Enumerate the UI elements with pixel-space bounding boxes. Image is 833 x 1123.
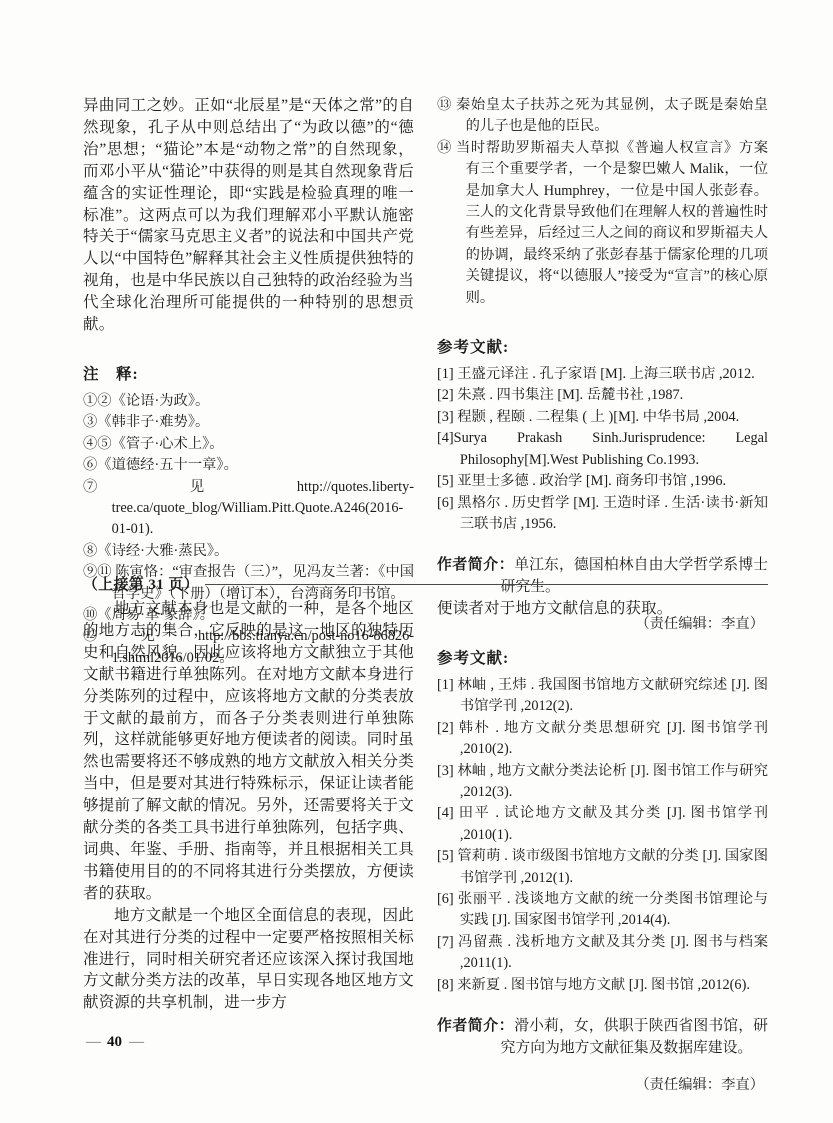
reference-item: [7] 冯留燕 . 浅析地方文献及其分类 [J]. 图书与档案 ,2011(1)… bbox=[437, 932, 768, 975]
editor-note: （责任编辑：李直） bbox=[437, 1074, 768, 1094]
continuation-label: （上接第 31 页） bbox=[83, 573, 199, 594]
note-item-url: ⑦ 见 http://quotes.liberty-tree.ca/quote_… bbox=[83, 477, 414, 541]
references-heading: 参考文献: bbox=[437, 335, 768, 357]
note-item: ⑬ 秦始皇太子扶苏之死为其显例，太子既是秦始皇的儿子也是他的臣民。 bbox=[437, 95, 768, 138]
note-item: ⑧《诗经·大雅·蒸民》。 bbox=[83, 541, 414, 562]
article-body-paragraph: 异曲同工之妙。正如“北辰星”是“天体之常”的自然现象，孔子从中则总结出了“为政以… bbox=[83, 95, 414, 336]
author-bio-label: 作者简介： bbox=[437, 1018, 514, 1034]
reference-item: [5] 亚里士多德 . 政治学 [M]. 商务印书馆 ,1996. bbox=[437, 471, 768, 492]
divider-rule bbox=[205, 584, 768, 585]
notes-heading: 注 释: bbox=[83, 362, 414, 384]
reference-item: [8] 来新夏 . 图书馆与地方文献 [J]. 图书馆 ,2012(6). bbox=[437, 975, 768, 996]
bottom-left-column: 地方文献本身也是文献的一种，是各个地区的地方志的集合，它反映的是这一地区的独特历… bbox=[83, 598, 414, 1014]
reference-item: [4]Surya Prakash Sinh.Jurisprudence: Leg… bbox=[437, 428, 768, 471]
article-paragraph: 地方文献是一个地区全面信息的表现，因此在对其进行分类的过程中一定要严格按照相关标… bbox=[83, 905, 414, 1015]
notes-list-right: ⑬ 秦始皇太子扶苏之死为其显例，太子既是秦始皇的儿子也是他的臣民。 ⑭ 当时帮助… bbox=[437, 95, 768, 309]
continuation-divider: （上接第 31 页） bbox=[83, 573, 768, 594]
page-number-dash-left: — bbox=[86, 1034, 100, 1051]
note-item: ④⑤《管子·心术上》。 bbox=[83, 434, 414, 455]
reference-item: [2] 韩朴 . 地方文献分类思想研究 [J]. 图书馆学刊 ,2010(2). bbox=[437, 718, 768, 761]
reference-item: [6] 张丽平 . 浅谈地方文献的统一分类图书馆理论与实践 [J]. 国家图书馆… bbox=[437, 889, 768, 932]
reference-item: [4] 田平 . 试论地方文献及其分类 [J]. 图书馆学刊 ,2010(1). bbox=[437, 803, 768, 846]
note-item: ⑭ 当时帮助罗斯福夫人草拟《普遍人权宣言》方案有三个重要学者，一个是黎巴嫩人 M… bbox=[437, 138, 768, 309]
article-paragraph: 地方文献本身也是文献的一种，是各个地区的地方志的集合，它反映的是这一地区的独特历… bbox=[83, 598, 414, 905]
page-number: — 40 — bbox=[86, 1034, 143, 1051]
journal-page: 异曲同工之妙。正如“北辰星”是“天体之常”的自然现象，孔子从中则总结出了“为政以… bbox=[0, 0, 833, 1123]
bottom-right-column: 便读者对于地方文献信息的获取。 参考文献: [1] 林岫 , 王炜 . 我国图书… bbox=[437, 598, 768, 1094]
reference-item: [2] 朱熹 . 四书集注 [M]. 岳麓书社 ,1987. bbox=[437, 385, 768, 406]
references-list-bottom: [1] 林岫 , 王炜 . 我国图书馆地方文献研究综述 [J]. 图书馆学刊 ,… bbox=[437, 675, 768, 996]
page-number-value: 40 bbox=[107, 1034, 122, 1051]
author-bio: 作者简介：滑小莉，女，供职于陕西省图书馆，研究方向为地方文献征集及数据库建设。 bbox=[437, 1016, 768, 1059]
author-bio-text: 滑小莉，女，供职于陕西省图书馆，研究方向为地方文献征集及数据库建设。 bbox=[501, 1018, 768, 1056]
references-heading: 参考文献: bbox=[437, 646, 768, 668]
reference-item: [3] 程颢 , 程颐 . 二程集 ( 上 )[M]. 中华书局 ,2004. bbox=[437, 407, 768, 428]
reference-item: [3] 林岫 , 地方文献分类法论析 [J]. 图书馆工作与研究 ,2012(3… bbox=[437, 761, 768, 804]
reference-item: [1] 林岫 , 王炜 . 我国图书馆地方文献研究综述 [J]. 图书馆学刊 ,… bbox=[437, 675, 768, 718]
reference-item: [1] 王盛元译注 . 孔子家语 [M]. 上海三联书店 ,2012. bbox=[437, 364, 768, 385]
note-item: ①②《论语·为政》。 bbox=[83, 391, 414, 412]
author-bio-label: 作者简介： bbox=[437, 557, 514, 573]
note-item: ⑥《道德经·五十一章》。 bbox=[83, 455, 414, 476]
references-list-top: [1] 王盛元译注 . 孔子家语 [M]. 上海三联书店 ,2012. [2] … bbox=[437, 364, 768, 535]
paragraph-continuation: 便读者对于地方文献信息的获取。 bbox=[437, 598, 768, 620]
top-right-column: ⑬ 秦始皇太子扶苏之死为其显例，太子既是秦始皇的儿子也是他的臣民。 ⑭ 当时帮助… bbox=[437, 95, 768, 633]
note-item: ③《韩非子·难势》。 bbox=[83, 412, 414, 433]
page-number-dash-right: — bbox=[129, 1034, 143, 1051]
reference-item: [5] 管莉萌 . 谈市级图书馆地方文献的分类 [J]. 国家图书馆学刊 ,20… bbox=[437, 846, 768, 889]
reference-item: [6] 黑格尔 . 历史哲学 [M]. 王造时译 . 生活·读书·新知三联书店 … bbox=[437, 493, 768, 536]
